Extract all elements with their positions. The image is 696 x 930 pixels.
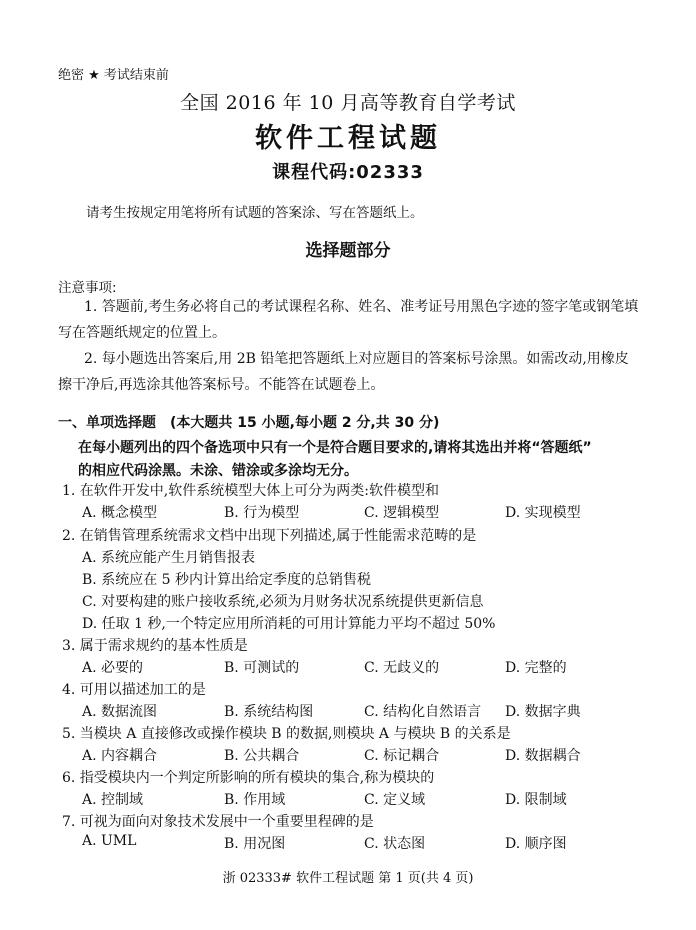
question-6-option-a: A. 控制域 xyxy=(82,789,143,809)
note-item-1: 1. 答题前,考生务必将自己的考试课程名称、姓名、准考证号用黑色字迹的签字笔或钢… xyxy=(58,294,640,346)
question-7-option-b: B. 用况图 xyxy=(224,833,285,853)
question-3-option-c: C. 无歧义的 xyxy=(364,657,439,677)
exam-session-line: 全国 2016 年 10 月高等教育自学考试 xyxy=(0,88,696,115)
question-4-option-b: B. 系统结构图 xyxy=(224,701,313,721)
question-2: 2. 在销售管理系统需求文档中出现下列描述,属于性能需求范畴的是 xyxy=(62,525,476,545)
question-1: 1. 在软件开发中,软件系统模型大体上可分为两类:软件模型和 xyxy=(62,480,439,500)
question-2-option-a: A. 系统应能产生月销售报表 xyxy=(82,547,255,567)
question-6: 6. 指受模块内一个判定所影响的所有模块的集合,称为模块的 xyxy=(62,767,434,787)
question-3: 3. 属于需求规约的基本性质是 xyxy=(62,635,248,655)
question-5-option-d: D. 数据耦合 xyxy=(505,745,581,765)
question-6-option-d: D. 限制域 xyxy=(505,789,567,809)
question-7-option-a: A. UML xyxy=(82,833,136,849)
question-5-option-c: C. 标记耦合 xyxy=(364,745,439,765)
section-title: 选择题部分 xyxy=(0,236,696,261)
note-item-2: 2. 每小题选出答案后,用 2B 铅笔把答题纸上对应题目的答案标号涂黑。如需改动… xyxy=(58,346,640,398)
question-4: 4. 可用以描述加工的是 xyxy=(62,679,206,699)
notes-label: 注意事项: xyxy=(58,276,117,296)
question-2-option-c: C. 对要构建的账户接收系统,必须为月财务状况系统提供更新信息 xyxy=(82,591,484,611)
question-3-option-b: B. 可测试的 xyxy=(224,657,299,677)
confidential-label: 绝密 ★ 考试结束前 xyxy=(58,64,169,83)
question-7-option-c: C. 状态图 xyxy=(364,833,425,853)
question-4-option-a: A. 数据流图 xyxy=(82,701,157,721)
question-4-option-d: D. 数据字典 xyxy=(505,701,581,721)
question-3-option-d: D. 完整的 xyxy=(505,657,567,677)
question-5-option-a: A. 内容耦合 xyxy=(82,745,157,765)
paper-title: 软件工程试题 xyxy=(0,116,696,155)
part-one-heading: 一、单项选择题(本大题共 15 小题,每小题 2 分,共 30 分) xyxy=(58,412,439,432)
question-6-option-b: B. 作用域 xyxy=(224,789,285,809)
page-footer: 浙 02333# 软件工程试题 第 1 页(共 4 页) xyxy=(0,867,696,886)
question-5: 5. 当模块 A 直接修改或操作模块 B 的数据,则模块 A 与模块 B 的关系… xyxy=(62,723,511,743)
question-4-option-c: C. 结构化自然语言 xyxy=(364,701,481,721)
question-7: 7. 可视为面向对象技术发展中一个重要里程碑的是 xyxy=(62,811,374,831)
question-1-option-b: B. 行为模型 xyxy=(224,502,299,522)
answer-instruction: 请考生按规定用笔将所有试题的答案涂、写在答题纸上。 xyxy=(86,201,424,221)
question-1-option-a: A. 概念模型 xyxy=(82,502,157,522)
part-one-instruction-line-2: 的相应代码涂黑。未涂、错涂或多涂均无分。 xyxy=(78,460,358,480)
part-one-scoring: (本大题共 15 小题,每小题 2 分,共 30 分) xyxy=(170,415,439,431)
part-one-title: 一、单项选择题 xyxy=(58,415,156,431)
question-5-option-b: B. 公共耦合 xyxy=(224,745,299,765)
question-7-option-d: D. 顺序图 xyxy=(505,833,567,853)
question-1-option-d: D. 实现模型 xyxy=(505,502,581,522)
question-1-option-c: C. 逻辑模型 xyxy=(364,502,439,522)
question-2-option-b: B. 系统应在 5 秒内计算出给定季度的总销售税 xyxy=(82,569,371,589)
question-2-option-d: D. 任取 1 秒,一个特定应用所消耗的可用计算能力平均不超过 50% xyxy=(82,613,495,633)
part-one-instruction-line-1: 在每小题列出的四个备选项中只有一个是符合题目要求的,请将其选出并将“答题纸” xyxy=(78,437,592,457)
course-code: 课程代码:02333 xyxy=(0,158,696,184)
question-6-option-c: C. 定义域 xyxy=(364,789,425,809)
question-3-option-a: A. 必要的 xyxy=(82,657,143,677)
